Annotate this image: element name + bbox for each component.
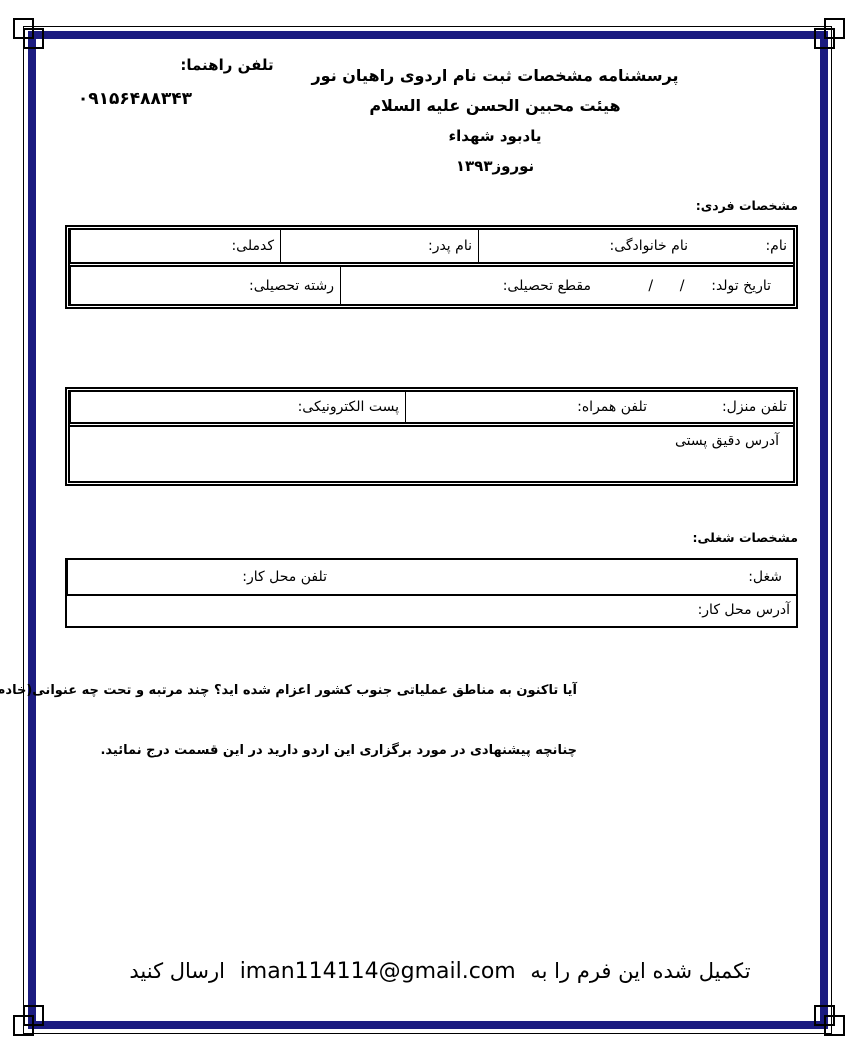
name-field: نام: [694,230,793,262]
family-name-field: نام خانوادگی: [478,230,694,262]
registration-form-page: تلفن راهنما: ۰۹۱۵۶۴۸۸۳۴۳ پرسشنامه مشخصات… [0,0,858,1054]
corner-ornament-bottom-right-inner [814,1005,835,1026]
work-phone-field: تلفن محل کار: [67,560,333,594]
table-row: تاریخ تولد: / / مقطع تحصیلی: رشته تحصیلی… [70,267,793,304]
national-id-field: کدملی: [70,230,280,262]
postal-address-field: آدرس دقیق پستی [70,427,793,481]
suggestion-question: چنانچه پیشنهادی در مورد برگزاری این اردو… [100,743,577,758]
event-date-line: نوروز۱۳۹۳ [280,151,710,181]
father-name-field: نام پدر: [280,230,478,262]
guide-phone-label: تلفن راهنما: [177,56,277,74]
memorial-line: یادبود شهداء [280,121,710,151]
guide-phone-number: ۰۹۱۵۶۴۸۸۳۴۳ [68,89,202,109]
corner-ornament-top-right-inner [814,28,835,49]
job-field: شغل: [333,560,796,594]
personal-details-table: نام: نام خانوادگی: نام پدر: کدملی: تاریخ… [65,225,798,309]
email-field: پست الکترونیکی: [70,392,405,422]
corner-ornament-top-left-inner [23,28,44,49]
home-phone-field: تلفن منزل: [653,392,793,422]
mobile-phone-field: تلفن همراه: [405,392,653,422]
birth-date-field: تاریخ تولد: / / [597,267,793,304]
form-title: پرسشنامه مشخصات ثبت نام اردوی راهیان نور [280,61,710,91]
personal-section-header: مشخصات فردی: [696,198,798,213]
deployment-question: آیا تاکنون به مناطق عملیاتی جنوب کشور اع… [0,683,577,698]
table-row: آدرس دقیق پستی [70,427,793,481]
degree-field: مقطع تحصیلی: [340,267,597,304]
form-title-block: پرسشنامه مشخصات ثبت نام اردوی راهیان نور… [280,61,710,181]
table-row: تلفن منزل: تلفن همراه: پست الکترونیکی: [70,392,793,427]
send-instruction-prefix: تکمیل شده این فرم را به [526,959,754,983]
send-instruction-line: تکمیل شده این فرم را به iman114114@gmail… [20,959,858,984]
table-row: شغل: تلفن محل کار: [67,560,796,596]
organization-name: هیئت محبین الحسن علیه السلام [280,91,710,121]
send-instruction-suffix: ارسال کنید [125,959,229,983]
table-row: نام: نام خانوادگی: نام پدر: کدملی: [70,230,793,267]
corner-ornament-bottom-left-inner [23,1005,44,1026]
contact-details-table: تلفن منزل: تلفن همراه: پست الکترونیکی: آ… [65,387,798,486]
work-address-field: آدرس محل کار: [67,596,796,626]
job-section-header: مشخصات شغلی: [693,530,799,545]
field-of-study-field: رشته تحصیلی: [70,267,340,304]
job-details-table: شغل: تلفن محل کار: آدرس محل کار: [65,558,798,628]
table-row: آدرس محل کار: [67,596,796,626]
destination-email: iman114114@gmail.com [236,959,520,984]
